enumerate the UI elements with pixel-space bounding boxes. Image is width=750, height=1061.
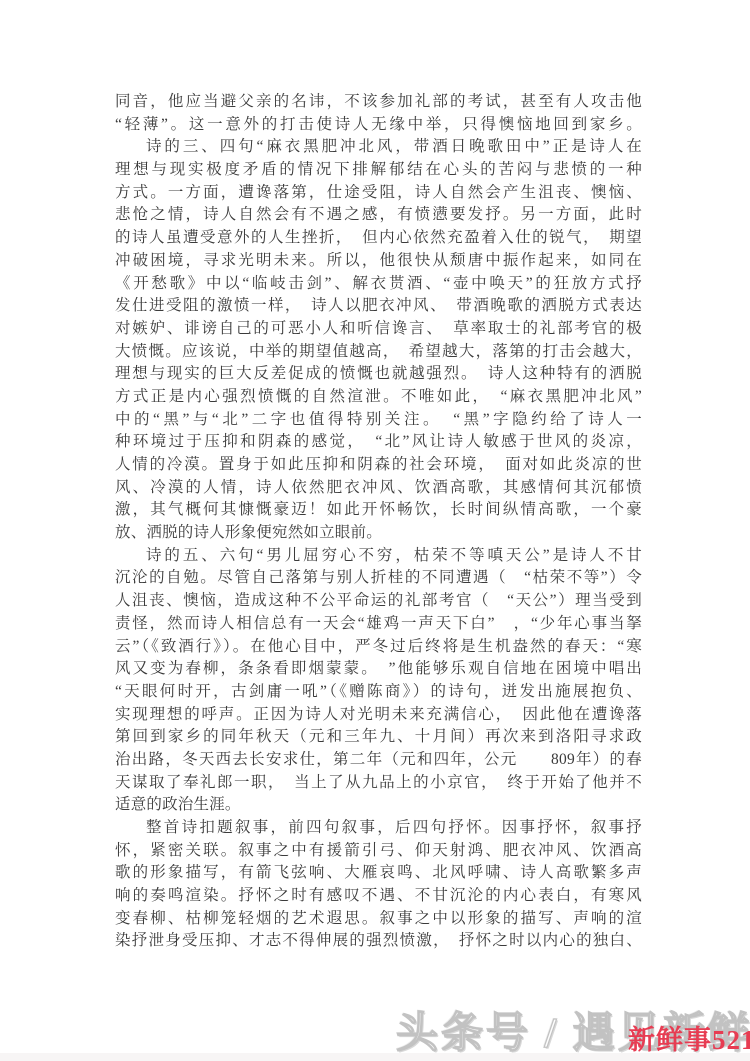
text-line: 方式正是内心强烈愤慨的自然渲泄。不唯如此， “麻衣黑肥冲北风” — [115, 386, 642, 409]
text-line: 悲怆之情，诗人自然会有不遇之感，有愤懑要发抒。另一方面，此时 — [115, 204, 642, 227]
text-line: 人情的冷漠。置身于如此压抑和阴森的社会环境， 面对如此炎凉的世 — [115, 454, 642, 477]
text-line: 歌的形象描写，有箭飞弦响、大雁哀鸣、北风呼啸、诗人高歌繁多声 — [115, 862, 642, 885]
text-line: 责怪，然而诗人相信总有一天会“雄鸡一声天下白” ，“少年心事当拏 — [115, 613, 642, 636]
text-line: 变春柳、枯柳笼轻烟的艺术遐思。叙事之中以形象的描写、声响的渲 — [115, 908, 642, 931]
text-line: 方式。一方面，遭谗落第，仕途受阻，诗人自然会产生沮丧、懊恼、 — [115, 182, 642, 205]
text-line: 人沮丧、懊恼，造成这种不公平命运的礼部考官（ “天公”）理当受到 — [115, 590, 642, 613]
text-line: 理想与现实极度矛盾的情况下排解郁结在心头的苦闷与悲愤的一种 — [115, 159, 642, 182]
text-line: 放、洒脱的诗人形象便宛然如立眼前。 — [115, 522, 642, 545]
text-line: 激，其气概何其慷慨豪迈！如此开怀畅饮，长时间纵情高歌，一个豪 — [115, 499, 642, 522]
watermark: 头条号 / 遇见新鲜事 新鲜事521 — [0, 998, 750, 1054]
text-line: “天眼何时开，古剑庸一吼”（《赠陈商》）的诗句，迸发出施展抱负、 — [115, 681, 642, 704]
text-line: 对嫉妒、诽谤自己的可恶小人和听信谗言、 草率取士的礼部考官的极 — [115, 318, 642, 341]
text-line: 适意的政治生涯。 — [115, 794, 642, 817]
scanned-document-page: 同音，他应当避父亲的名讳，不该参加礼部的考试，甚至有人攻击他 “轻薄”。这一意外… — [0, 0, 750, 1061]
text-line: 诗的五、六句“男儿屈穷心不穷，枯荣不等嗔天公”是诗人不甘 — [115, 545, 642, 568]
bottom-edge-band — [0, 1053, 750, 1061]
text-line: 发仕进受阻的激愤一样， 诗人以肥衣冲风、 带酒晚歌的洒脱方式表达 — [115, 295, 642, 318]
text-line: 第回到家乡的同年秋天（元和三年九、十月间）再次来到洛阳寻求政 — [115, 726, 642, 749]
text-line: 风又变为春柳，条条看即烟蒙蒙。 ”他能够乐观自信地在困境中唱出 — [115, 658, 642, 681]
text-line: 怀，紧密关联。叙事之中有援箭引弓、仰天射鸿、肥衣冲风、饮酒高 — [115, 840, 642, 863]
text-line: 整首诗扣题叙事，前四句叙事，后四句抒怀。因事抒怀，叙事抒 — [115, 817, 642, 840]
text-line: 治出路，冬天西去长安求仕，第二年（元和四年，公元 809年）的春 — [115, 749, 642, 772]
text-line: 响的奏鸣渲染。抒怀之时有感叹不遇、不甘沉沦的内心表白，有寒风 — [115, 885, 642, 908]
text-line: 风、冷漠的人情，诗人依然肥衣冲风、饮酒高歌，其感情何其沉郁愤 — [115, 477, 642, 500]
text-line: 染抒泄身受压抑、才志不得伸展的强烈愤激， 抒怀之时以内心的独白、 — [115, 930, 642, 953]
text-line: 理想与现实的巨大反差促成的愤慨也就越强烈。 诗人这种特有的洒脱 — [115, 363, 642, 386]
text-line: 天谋取了奉礼郎一职， 当上了从九品上的小京官， 终于开始了他并不 — [115, 772, 642, 795]
text-line: 同音，他应当避父亲的名讳，不该参加礼部的考试，甚至有人攻击他 — [115, 91, 642, 114]
text-line: 冲破困境，寻求光明未来。所以，他很快从颓唐中振作起来，如同在 — [115, 250, 642, 273]
text-line: 实现理想的呼声。正因为诗人对光明未来充满信心， 因此他在遭谗落 — [115, 704, 642, 727]
essay-text-block: 同音，他应当避父亲的名讳，不该参加礼部的考试，甚至有人攻击他 “轻薄”。这一意外… — [115, 91, 642, 953]
account-name-watermark-text: 新鲜事521 — [628, 1018, 750, 1057]
text-line: 沉沦的自勉。尽管自己落第与别人折桂的不同遭遇（ “枯荣不等”）令 — [115, 567, 642, 590]
text-line: 诗的三、四句“麻衣黑肥冲北风，带酒日晚歌田中”正是诗人在 — [115, 136, 642, 159]
text-line: 中的“黑”与“北”二字也值得特别关注。 “黑”字隐约给了诗人一 — [115, 409, 642, 432]
text-line: 种环境过于压抑和阴森的感觉， “北”风让诗人敏感于世风的炎凉， — [115, 431, 642, 454]
text-line: 《开愁歌》中以“临岐击剑”、解衣贳酒、“壶中唤天”的狂放方式抒 — [115, 273, 642, 296]
text-line: 的诗人虽遭受意外的人生挫折， 但内心依然充盈着入仕的锐气， 期望 — [115, 227, 642, 250]
text-line: “轻薄”。这一意外的打击使诗人无缘中举，只得懊恼地回到家乡。 — [115, 114, 642, 137]
toutiao-brand-watermark-text: 头条号 / 遇见新鲜事 — [396, 1000, 750, 1060]
text-line: 大愤慨。应该说，中举的期望值越高， 希望越大，落第的打击会越大， — [115, 341, 642, 364]
text-line: 云”（《致酒行》）。在他心目中，严冬过后终将是生机盎然的春天：“寒 — [115, 636, 642, 659]
